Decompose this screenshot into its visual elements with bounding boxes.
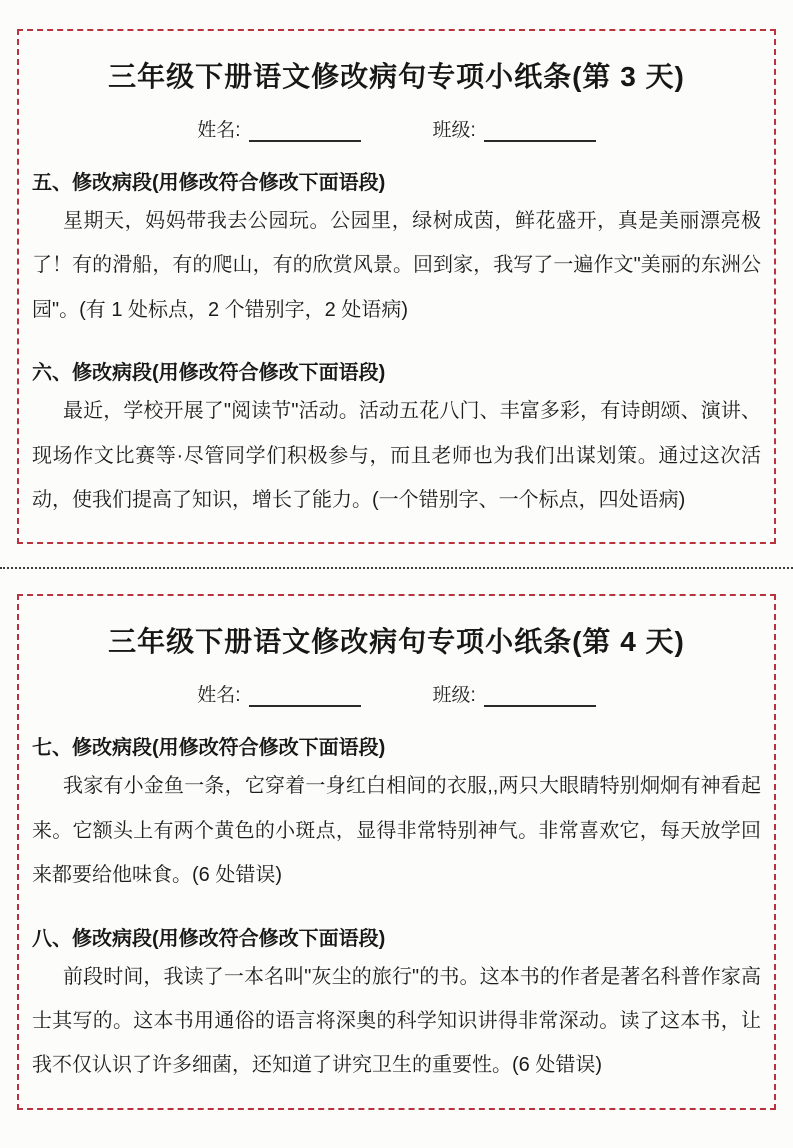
class-field: 班级: xyxy=(433,115,596,142)
exercise-7-heading: 七、修改病段(用修改符合修改下面语段) xyxy=(32,731,761,760)
exercise-6-heading: 六、修改病段(用修改符合修改下面语段) xyxy=(32,356,761,385)
class-blank-line xyxy=(484,119,596,142)
name-class-row: 姓名: 班级: xyxy=(32,680,761,707)
name-label: 姓名: xyxy=(197,115,240,142)
exercise-8-body: 前段时间，我读了一本名叫"灰尘的旅行"的书。这本书的作者是著名科普作家高士其写的… xyxy=(32,955,761,1088)
cut-line-divider xyxy=(0,567,793,569)
worksheet-card-day3: 三年级下册语文修改病句专项小纸条(第 3 天) 姓名: 班级: 五、修改病段(用… xyxy=(17,29,776,544)
class-label: 班级: xyxy=(433,115,476,142)
class-label: 班级: xyxy=(433,680,476,707)
worksheet-title-day4: 三年级下册语文修改病句专项小纸条(第 4 天) xyxy=(32,620,761,660)
worksheet-title-day3: 三年级下册语文修改病句专项小纸条(第 3 天) xyxy=(32,55,761,95)
name-blank-line xyxy=(249,119,361,142)
exercise-8-heading: 八、修改病段(用修改符合修改下面语段) xyxy=(32,922,761,951)
name-blank-line xyxy=(249,684,361,707)
exercise-6-body: 最近，学校开展了"阅读节"活动。活动五花八门、丰富多彩，有诗朗颂、演讲、现场作文… xyxy=(32,389,761,522)
name-label: 姓名: xyxy=(197,680,240,707)
exercise-5-body: 星期天，妈妈带我去公园玩。公园里，绿树成茵，鲜花盛开，真是美丽漂亮极了！有的滑船… xyxy=(32,199,761,332)
exercise-7-body: 我家有小金鱼一条，它穿着一身红白相间的衣服,,两只大眼睛特别炯炯有神看起来。它额… xyxy=(32,764,761,897)
class-blank-line xyxy=(484,684,596,707)
worksheet-page: 三年级下册语文修改病句专项小纸条(第 3 天) 姓名: 班级: 五、修改病段(用… xyxy=(0,0,793,1148)
name-class-row: 姓名: 班级: xyxy=(32,115,761,142)
name-field: 姓名: xyxy=(197,680,360,707)
worksheet-card-day4: 三年级下册语文修改病句专项小纸条(第 4 天) 姓名: 班级: 七、修改病段(用… xyxy=(17,594,776,1109)
class-field: 班级: xyxy=(433,680,596,707)
exercise-5-heading: 五、修改病段(用修改符合修改下面语段) xyxy=(32,166,761,195)
name-field: 姓名: xyxy=(197,115,360,142)
